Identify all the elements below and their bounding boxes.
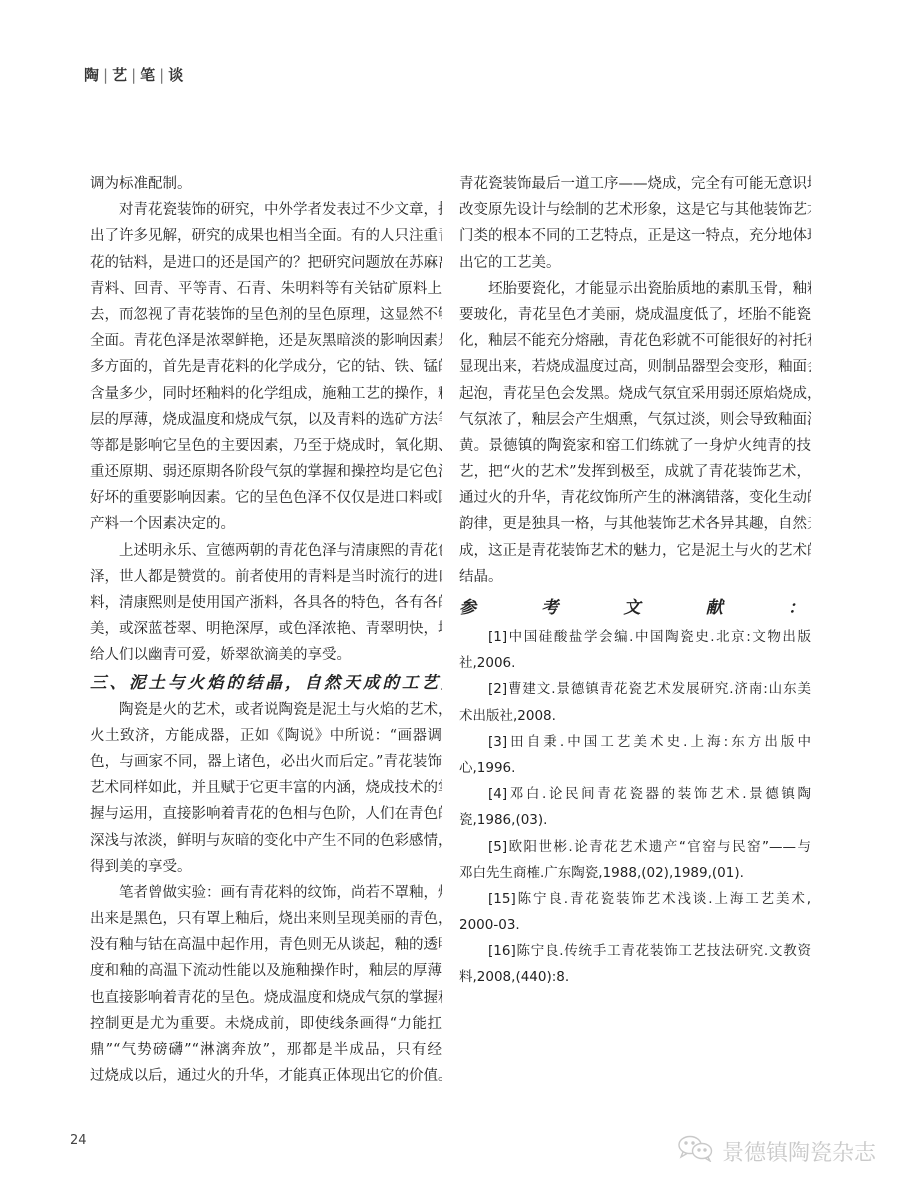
text-line: 青料、回青、平等青、石青、朱明料等有关钴矿原料上 [90, 276, 442, 302]
text-line: 气氛浓了，釉层会产生烟熏，气氛过淡，则会导致釉面泛 [459, 407, 811, 433]
text-line: [1]中国硅酸盐学会编.中国陶瓷史.北京:文物出版 [459, 624, 811, 650]
text-line: 给人们以幽青可爱，娇翠欲滴美的享受。 [90, 642, 442, 668]
text-line: 邓白先生商榷.广东陶瓷,1988,(02),1989,(01). [459, 860, 811, 886]
text-line: 改变原先设计与绘制的艺术形象，这是它与其他装饰艺术 [459, 197, 811, 223]
text-line: 门类的根本不同的工艺特点，正是这一特点，充分地体现 [459, 223, 811, 249]
text-line: 美，或深蓝苍翠、明艳深厚，或色泽浓艳、青翠明快，均 [90, 616, 442, 642]
text-line: 艺，把“火的艺术”发挥到极至，成就了青花装饰艺术， [459, 459, 811, 485]
text-line: 重还原期、弱还原期各阶段气氛的掌握和操控均是它色泽 [90, 459, 442, 485]
text-line: 度和釉的高温下流动性能以及施釉操作时，釉层的厚薄 [90, 958, 442, 984]
watermark-text: 景德镇陶瓷杂志 [722, 1136, 876, 1167]
text-line: 握与运用，直接影响着青花的色相与色阶，人们在青色的 [90, 801, 442, 827]
text-line: 要玻化，青花呈色才美丽，烧成温度低了，坯胎不能瓷 [459, 302, 811, 328]
text-line: 坯胎要瓷化，才能显示出瓷胎质地的素肌玉骨，釉料 [459, 276, 811, 302]
text-line: 成，这正是青花装饰艺术的魅力，它是泥土与火的艺术的 [459, 538, 811, 564]
text-line: 等都是影响它呈色的主要因素，乃至于烧成时，氧化期、 [90, 433, 442, 459]
text-line: 火土致济，方能成器，正如《陶说》中所说：“画器调 [90, 723, 442, 749]
text-line: [16]陈宁良.传统手工青花装饰工艺技法研究.文教资 [459, 938, 811, 964]
reference-item: [4]邓白.论民间青花瓷器的装饰艺术.景德镇陶瓷,1986,(03). [459, 781, 811, 833]
wechat-icon [676, 1134, 716, 1168]
reference-item: [2]曹建文.景德镇青花瓷艺术发展研究.济南:山东美术出版社,2008. [459, 676, 811, 728]
text-line: 陶瓷是火的艺术，或者说陶瓷是泥土与火焰的艺术， [90, 697, 442, 723]
text-line: 出它的工艺美。 [459, 250, 811, 276]
text-line: 对青花瓷装饰的研究，中外学者发表过不少文章，提 [90, 197, 442, 223]
running-head-char: 艺 [112, 66, 128, 84]
text-line: 韵律，更是独具一格，与其他装饰艺术各异其趣，自然天 [459, 511, 811, 537]
text-line: 鼎”“气势磅礴”“淋漓奔放”，那都是半成品，只有经 [90, 1037, 442, 1063]
text-line: 结晶。 [459, 564, 811, 590]
text-line: [3]田自秉.中国工艺美术史.上海:东方出版中 [459, 729, 811, 755]
text-line: 上述明永乐、宣德两朝的青花色泽与清康熙的青花色 [90, 538, 442, 564]
page-number: 24 [70, 1133, 87, 1148]
separator: | [131, 66, 137, 84]
running-head-char: 谈 [168, 66, 184, 84]
text-line: 色，与画家不同，器上诸色，必出火而后定。”青花装饰 [90, 749, 442, 775]
text-line: 料，清康熙则是使用国产浙料，各具各的特色，各有各的 [90, 590, 442, 616]
text-line: 花的钴料，是进口的还是国产的？把研究问题放在苏麻离 [90, 250, 442, 276]
text-line: 深浅与浓淡，鲜明与灰暗的变化中产生不同的色彩感情， [90, 828, 442, 854]
text-line: [5]欧阳世彬.论青花艺术遗产“官窑与民窑”——与 [459, 834, 811, 860]
section-heading: 三、泥土与火焰的结晶，自然天成的工艺美 [90, 669, 442, 697]
text-line: 术出版社,2008. [459, 703, 811, 729]
left-column: 调为标准配制。对青花瓷装饰的研究，中外学者发表过不少文章，提出了许多见解，研究的… [90, 171, 442, 1089]
text-line: 层的厚薄，烧成温度和烧成气氛，以及青料的选矿方法等 [90, 407, 442, 433]
text-line: 调为标准配制。 [90, 171, 442, 197]
text-line: 青花瓷装饰最后一道工序——烧成，完全有可能无意识地 [459, 171, 811, 197]
text-line: 全面。青花色泽是浓翠鲜艳，还是灰黑暗淡的影响因素是 [90, 328, 442, 354]
text-line: 控制更是尤为重要。未烧成前，即使线条画得“力能扛 [90, 1011, 442, 1037]
text-line: 化，釉层不能充分熔融，青花色彩就不可能很好的衬托和 [459, 328, 811, 354]
references-title: 参考文献： [459, 592, 811, 624]
text-line: 料,2008,(440):8. [459, 964, 811, 990]
text-line: 艺术同样如此，并且赋于它更丰富的内涵，烧成技术的掌 [90, 775, 442, 801]
reference-item: [15]陈宁良.青花瓷装饰艺术浅谈.上海工艺美术,2000-03. [459, 886, 811, 938]
text-line: 产料一个因素决定的。 [90, 511, 442, 537]
text-line: 显现出来，若烧成温度过高，则制品器型会变形，釉面会 [459, 354, 811, 380]
text-line: 泽，世人都是赞赏的。前者使用的青料是当时流行的进口 [90, 564, 442, 590]
separator: | [103, 66, 109, 84]
text-line: 2000-03. [459, 912, 811, 938]
running-head-char: 陶 [84, 66, 100, 84]
text-line: [15]陈宁良.青花瓷装饰艺术浅谈.上海工艺美术, [459, 886, 811, 912]
text-line: 笔者曾做实验：画有青花料的纹饰，尚若不罩釉，烧 [90, 880, 442, 906]
text-line: 出来是黑色，只有罩上釉后，烧出来则呈现美丽的青色， [90, 906, 442, 932]
text-line: 含量多少，同时坯釉料的化学组成，施釉工艺的操作，釉 [90, 381, 442, 407]
text-line: [4]邓白.论民间青花瓷器的装饰艺术.景德镇陶 [459, 781, 811, 807]
text-line: 社,2006. [459, 650, 811, 676]
reference-item: [1]中国硅酸盐学会编.中国陶瓷史.北京:文物出版社,2006. [459, 624, 811, 676]
text-line: 心,1996. [459, 755, 811, 781]
running-head: 陶|艺|笔|谈 [84, 64, 184, 85]
text-line: 过烧成以后，通过火的升华，才能真正体现出它的价值。 [90, 1063, 442, 1089]
text-line: 瓷,1986,(03). [459, 807, 811, 833]
text-line: 也直接影响着青花的呈色。烧成温度和烧成气氛的掌握和 [90, 985, 442, 1011]
text-line: 起泡，青花呈色会发黑。烧成气氛宜采用弱还原焰烧成， [459, 381, 811, 407]
watermark: 景德镇陶瓷杂志 [676, 1134, 876, 1168]
text-line: 多方面的，首先是青花料的化学成分，它的钴、铁、锰的 [90, 354, 442, 380]
text-line: [2]曹建文.景德镇青花瓷艺术发展研究.济南:山东美 [459, 676, 811, 702]
right-column: 青花瓷装饰最后一道工序——烧成，完全有可能无意识地改变原先设计与绘制的艺术形象，… [459, 171, 811, 991]
running-head-char: 笔 [140, 66, 156, 84]
text-line: 黄。景德镇的陶瓷家和窑工们练就了一身炉火纯青的技 [459, 433, 811, 459]
text-line: 得到美的享受。 [90, 854, 442, 880]
text-line: 去，而忽视了青花装饰的呈色剂的呈色原理，这显然不够 [90, 302, 442, 328]
reference-item: [5]欧阳世彬.论青花艺术遗产“官窑与民窑”——与邓白先生商榷.广东陶瓷,198… [459, 834, 811, 886]
reference-item: [16]陈宁良.传统手工青花装饰工艺技法研究.文教资料,2008,(440):8… [459, 938, 811, 990]
separator: | [159, 66, 165, 84]
text-line: 通过火的升华，青花纹饰所产生的淋漓错落，变化生动的 [459, 485, 811, 511]
reference-item: [3]田自秉.中国工艺美术史.上海:东方出版中心,1996. [459, 729, 811, 781]
text-line: 出了许多见解，研究的成果也相当全面。有的人只注重青 [90, 223, 442, 249]
text-line: 好坏的重要影响因素。它的呈色色泽不仅仅是进口料或国 [90, 485, 442, 511]
text-line: 没有釉与钴在高温中起作用，青色则无从谈起，釉的透明 [90, 932, 442, 958]
